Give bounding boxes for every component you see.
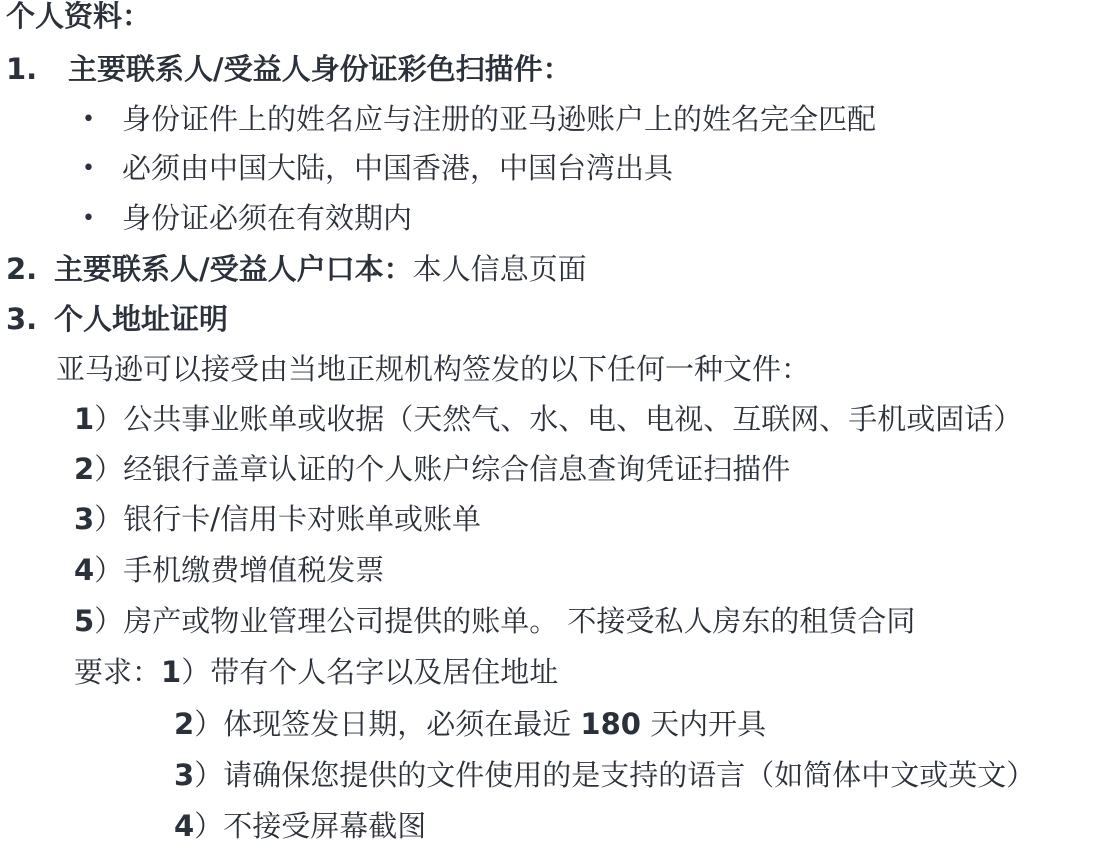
item-number: 4 [174, 808, 194, 844]
item-text: ）银行卡/信用卡对账单或账单 [94, 502, 481, 536]
item-text: ）手机缴费增值税发票 [94, 553, 384, 587]
document-item: 4）手机缴费增值税发票 [74, 552, 384, 588]
item-text: ）体现签发日期，必须在最近 [194, 707, 580, 741]
item-text: ）经银行盖章认证的个人账户综合信息查询凭证扫描件 [94, 452, 790, 486]
item-number: 1 [161, 654, 181, 690]
item-number: 3 [174, 757, 194, 793]
item-text: ）公共事业账单或收据（天然气、水、电、电视、互联网、手机或固话） [94, 402, 1022, 436]
bullet-icon: • [82, 102, 122, 138]
section-intro: 亚马逊可以接受由当地正规机构签发的以下任何一种文件： [56, 351, 810, 387]
document-item: 1）公共事业账单或收据（天然气、水、电、电视、互联网、手机或固话） [74, 401, 1022, 437]
section-1-heading: 1.主要联系人/受益人身份证彩色扫描件： [6, 51, 572, 87]
requirement-item: 2）体现签发日期，必须在最近 180 天内开具 [174, 706, 766, 742]
item-text: 天内开具 [641, 707, 766, 741]
requirement-item: 4）不接受屏幕截图 [174, 808, 426, 844]
section-number: 1. [6, 51, 68, 87]
list-item: •身份证件上的姓名应与注册的亚马逊账户上的姓名完全匹配 [82, 101, 876, 138]
bullet-text: 身份证件上的姓名应与注册的亚马逊账户上的姓名完全匹配 [122, 102, 876, 136]
bullet-text: 身份证必须在有效期内 [122, 201, 412, 235]
list-item: •必须由中国大陆，中国香港，中国台湾出具 [82, 150, 673, 187]
document-item: 2）经银行盖章认证的个人账户综合信息查询凭证扫描件 [74, 451, 790, 487]
item-text: ）不接受屏幕截图 [194, 809, 426, 843]
requirements-label: 要求： [74, 655, 161, 689]
section-3-heading: 3.个人地址证明 [6, 301, 228, 337]
item-text: ）房产或物业管理公司提供的账单。 不接受私人房东的租赁合同 [94, 604, 915, 638]
item-number: 3 [74, 501, 94, 537]
section-number: 3. [6, 301, 54, 337]
list-item: •身份证必须在有效期内 [82, 200, 412, 237]
item-number: 1 [74, 401, 94, 437]
item-text: ）请确保您提供的文件使用的是支持的语言（如简体中文或英文） [194, 758, 1035, 792]
item-number: 2 [174, 706, 194, 742]
bullet-text: 必须由中国大陆，中国香港，中国台湾出具 [122, 151, 673, 185]
requirement-item: 要求：1）带有个人名字以及居住地址 [74, 654, 558, 690]
item-number: 2 [74, 451, 94, 487]
item-text: ）带有个人名字以及居住地址 [181, 655, 558, 689]
section-2-heading: 2.主要联系人/受益人户口本：本人信息页面 [6, 251, 587, 287]
section-title: 个人地址证明 [54, 302, 228, 336]
days-value: 180 [580, 707, 641, 741]
page-title: 个人资料： [6, 0, 151, 34]
section-detail: 本人信息页面 [413, 252, 587, 286]
section-title: 主要联系人/受益人身份证彩色扫描件： [68, 52, 572, 86]
document-item: 5）房产或物业管理公司提供的账单。 不接受私人房东的租赁合同 [74, 603, 915, 639]
section-number: 2. [6, 251, 54, 287]
item-number: 4 [74, 552, 94, 588]
bullet-icon: • [82, 201, 122, 237]
section-title: 主要联系人/受益人户口本： [54, 252, 413, 286]
requirement-item: 3）请确保您提供的文件使用的是支持的语言（如简体中文或英文） [174, 757, 1035, 793]
bullet-icon: • [82, 151, 122, 187]
item-number: 5 [74, 603, 94, 639]
document-item: 3）银行卡/信用卡对账单或账单 [74, 501, 481, 537]
